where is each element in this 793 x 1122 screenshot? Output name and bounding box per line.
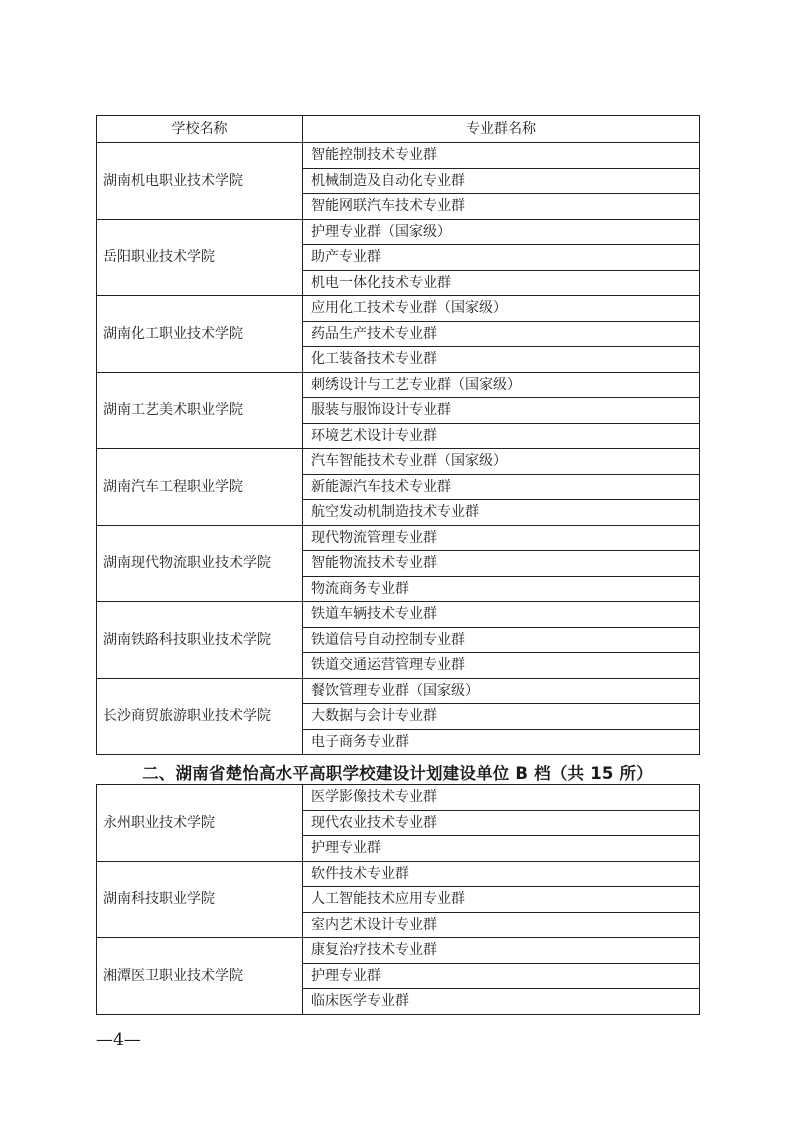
major-group-cell: 护理专业群 bbox=[303, 963, 700, 989]
header-major-group-name: 专业群名称 bbox=[303, 116, 700, 143]
school-name-cell: 湖南科技职业学院 bbox=[97, 861, 303, 938]
major-group-cell: 康复治疗技术专业群 bbox=[303, 938, 700, 964]
major-group-cell: 医学影像技术专业群 bbox=[303, 785, 700, 811]
school-name-cell: 岳阳职业技术学院 bbox=[97, 219, 303, 296]
table-row: 湖南化工职业技术学院应用化工技术专业群（国家级） bbox=[97, 296, 700, 322]
school-name-cell: 湖南汽车工程职业学院 bbox=[97, 449, 303, 526]
table-row: 湘潭医卫职业技术学院康复治疗技术专业群 bbox=[97, 938, 700, 964]
major-group-cell: 汽车智能技术专业群（国家级） bbox=[303, 449, 700, 475]
major-group-cell: 铁道信号自动控制专业群 bbox=[303, 627, 700, 653]
major-group-cell: 航空发动机制造技术专业群 bbox=[303, 500, 700, 526]
school-name-cell: 湖南铁路科技职业技术学院 bbox=[97, 602, 303, 679]
major-group-cell: 护理专业群 bbox=[303, 836, 700, 862]
major-group-cell: 机械制造及自动化专业群 bbox=[303, 168, 700, 194]
page-number: —4— bbox=[96, 1030, 141, 1050]
school-name-cell: 永州职业技术学院 bbox=[97, 785, 303, 862]
school-name-cell: 长沙商贸旅游职业技术学院 bbox=[97, 678, 303, 755]
major-group-cell: 新能源汽车技术专业群 bbox=[303, 474, 700, 500]
major-group-cell: 服装与服饰设计专业群 bbox=[303, 398, 700, 424]
section-heading: 二、湖南省楚怡高水平高职学校建设计划建设单位 B 档（共 15 所） bbox=[96, 760, 699, 784]
major-group-cell: 现代物流管理专业群 bbox=[303, 525, 700, 551]
school-major-table-b: 永州职业技术学院医学影像技术专业群现代农业技术专业群护理专业群湖南科技职业学院软… bbox=[96, 784, 700, 1015]
table-row: 湖南机电职业技术学院智能控制技术专业群 bbox=[97, 143, 700, 169]
table-row: 岳阳职业技术学院护理专业群（国家级） bbox=[97, 219, 700, 245]
table-row: 湖南工艺美术职业学院刺绣设计与工艺专业群（国家级） bbox=[97, 372, 700, 398]
table-row: 湖南现代物流职业技术学院现代物流管理专业群 bbox=[97, 525, 700, 551]
table-row: 永州职业技术学院医学影像技术专业群 bbox=[97, 785, 700, 811]
major-group-cell: 现代农业技术专业群 bbox=[303, 810, 700, 836]
major-group-cell: 电子商务专业群 bbox=[303, 729, 700, 755]
table-row: 湖南汽车工程职业学院汽车智能技术专业群（国家级） bbox=[97, 449, 700, 475]
school-major-table-a: 学校名称 专业群名称 湖南机电职业技术学院智能控制技术专业群机械制造及自动化专业… bbox=[96, 115, 700, 755]
major-group-cell: 刺绣设计与工艺专业群（国家级） bbox=[303, 372, 700, 398]
major-group-cell: 物流商务专业群 bbox=[303, 576, 700, 602]
table-row: 长沙商贸旅游职业技术学院餐饮管理专业群（国家级） bbox=[97, 678, 700, 704]
major-group-cell: 智能网联汽车技术专业群 bbox=[303, 194, 700, 220]
school-name-cell: 湖南机电职业技术学院 bbox=[97, 143, 303, 220]
major-group-cell: 化工装备技术专业群 bbox=[303, 347, 700, 373]
major-group-cell: 助产专业群 bbox=[303, 245, 700, 271]
major-group-cell: 护理专业群（国家级） bbox=[303, 219, 700, 245]
major-group-cell: 大数据与会计专业群 bbox=[303, 704, 700, 730]
major-group-cell: 人工智能技术应用专业群 bbox=[303, 887, 700, 913]
table-row: 湖南铁路科技职业技术学院铁道车辆技术专业群 bbox=[97, 602, 700, 628]
table-header-row: 学校名称 专业群名称 bbox=[97, 116, 700, 143]
major-group-cell: 软件技术专业群 bbox=[303, 861, 700, 887]
major-group-cell: 室内艺术设计专业群 bbox=[303, 912, 700, 938]
major-group-cell: 餐饮管理专业群（国家级） bbox=[303, 678, 700, 704]
major-group-cell: 临床医学专业群 bbox=[303, 989, 700, 1015]
major-group-cell: 铁道交通运营管理专业群 bbox=[303, 653, 700, 679]
header-school-name: 学校名称 bbox=[97, 116, 303, 143]
major-group-cell: 药品生产技术专业群 bbox=[303, 321, 700, 347]
table-row: 湖南科技职业学院软件技术专业群 bbox=[97, 861, 700, 887]
school-name-cell: 湖南化工职业技术学院 bbox=[97, 296, 303, 373]
school-name-cell: 湖南工艺美术职业学院 bbox=[97, 372, 303, 449]
major-group-cell: 智能物流技术专业群 bbox=[303, 551, 700, 577]
major-group-cell: 机电一体化技术专业群 bbox=[303, 270, 700, 296]
major-group-cell: 智能控制技术专业群 bbox=[303, 143, 700, 169]
major-group-cell: 铁道车辆技术专业群 bbox=[303, 602, 700, 628]
school-name-cell: 湘潭医卫职业技术学院 bbox=[97, 938, 303, 1015]
major-group-cell: 环境艺术设计专业群 bbox=[303, 423, 700, 449]
school-name-cell: 湖南现代物流职业技术学院 bbox=[97, 525, 303, 602]
major-group-cell: 应用化工技术专业群（国家级） bbox=[303, 296, 700, 322]
